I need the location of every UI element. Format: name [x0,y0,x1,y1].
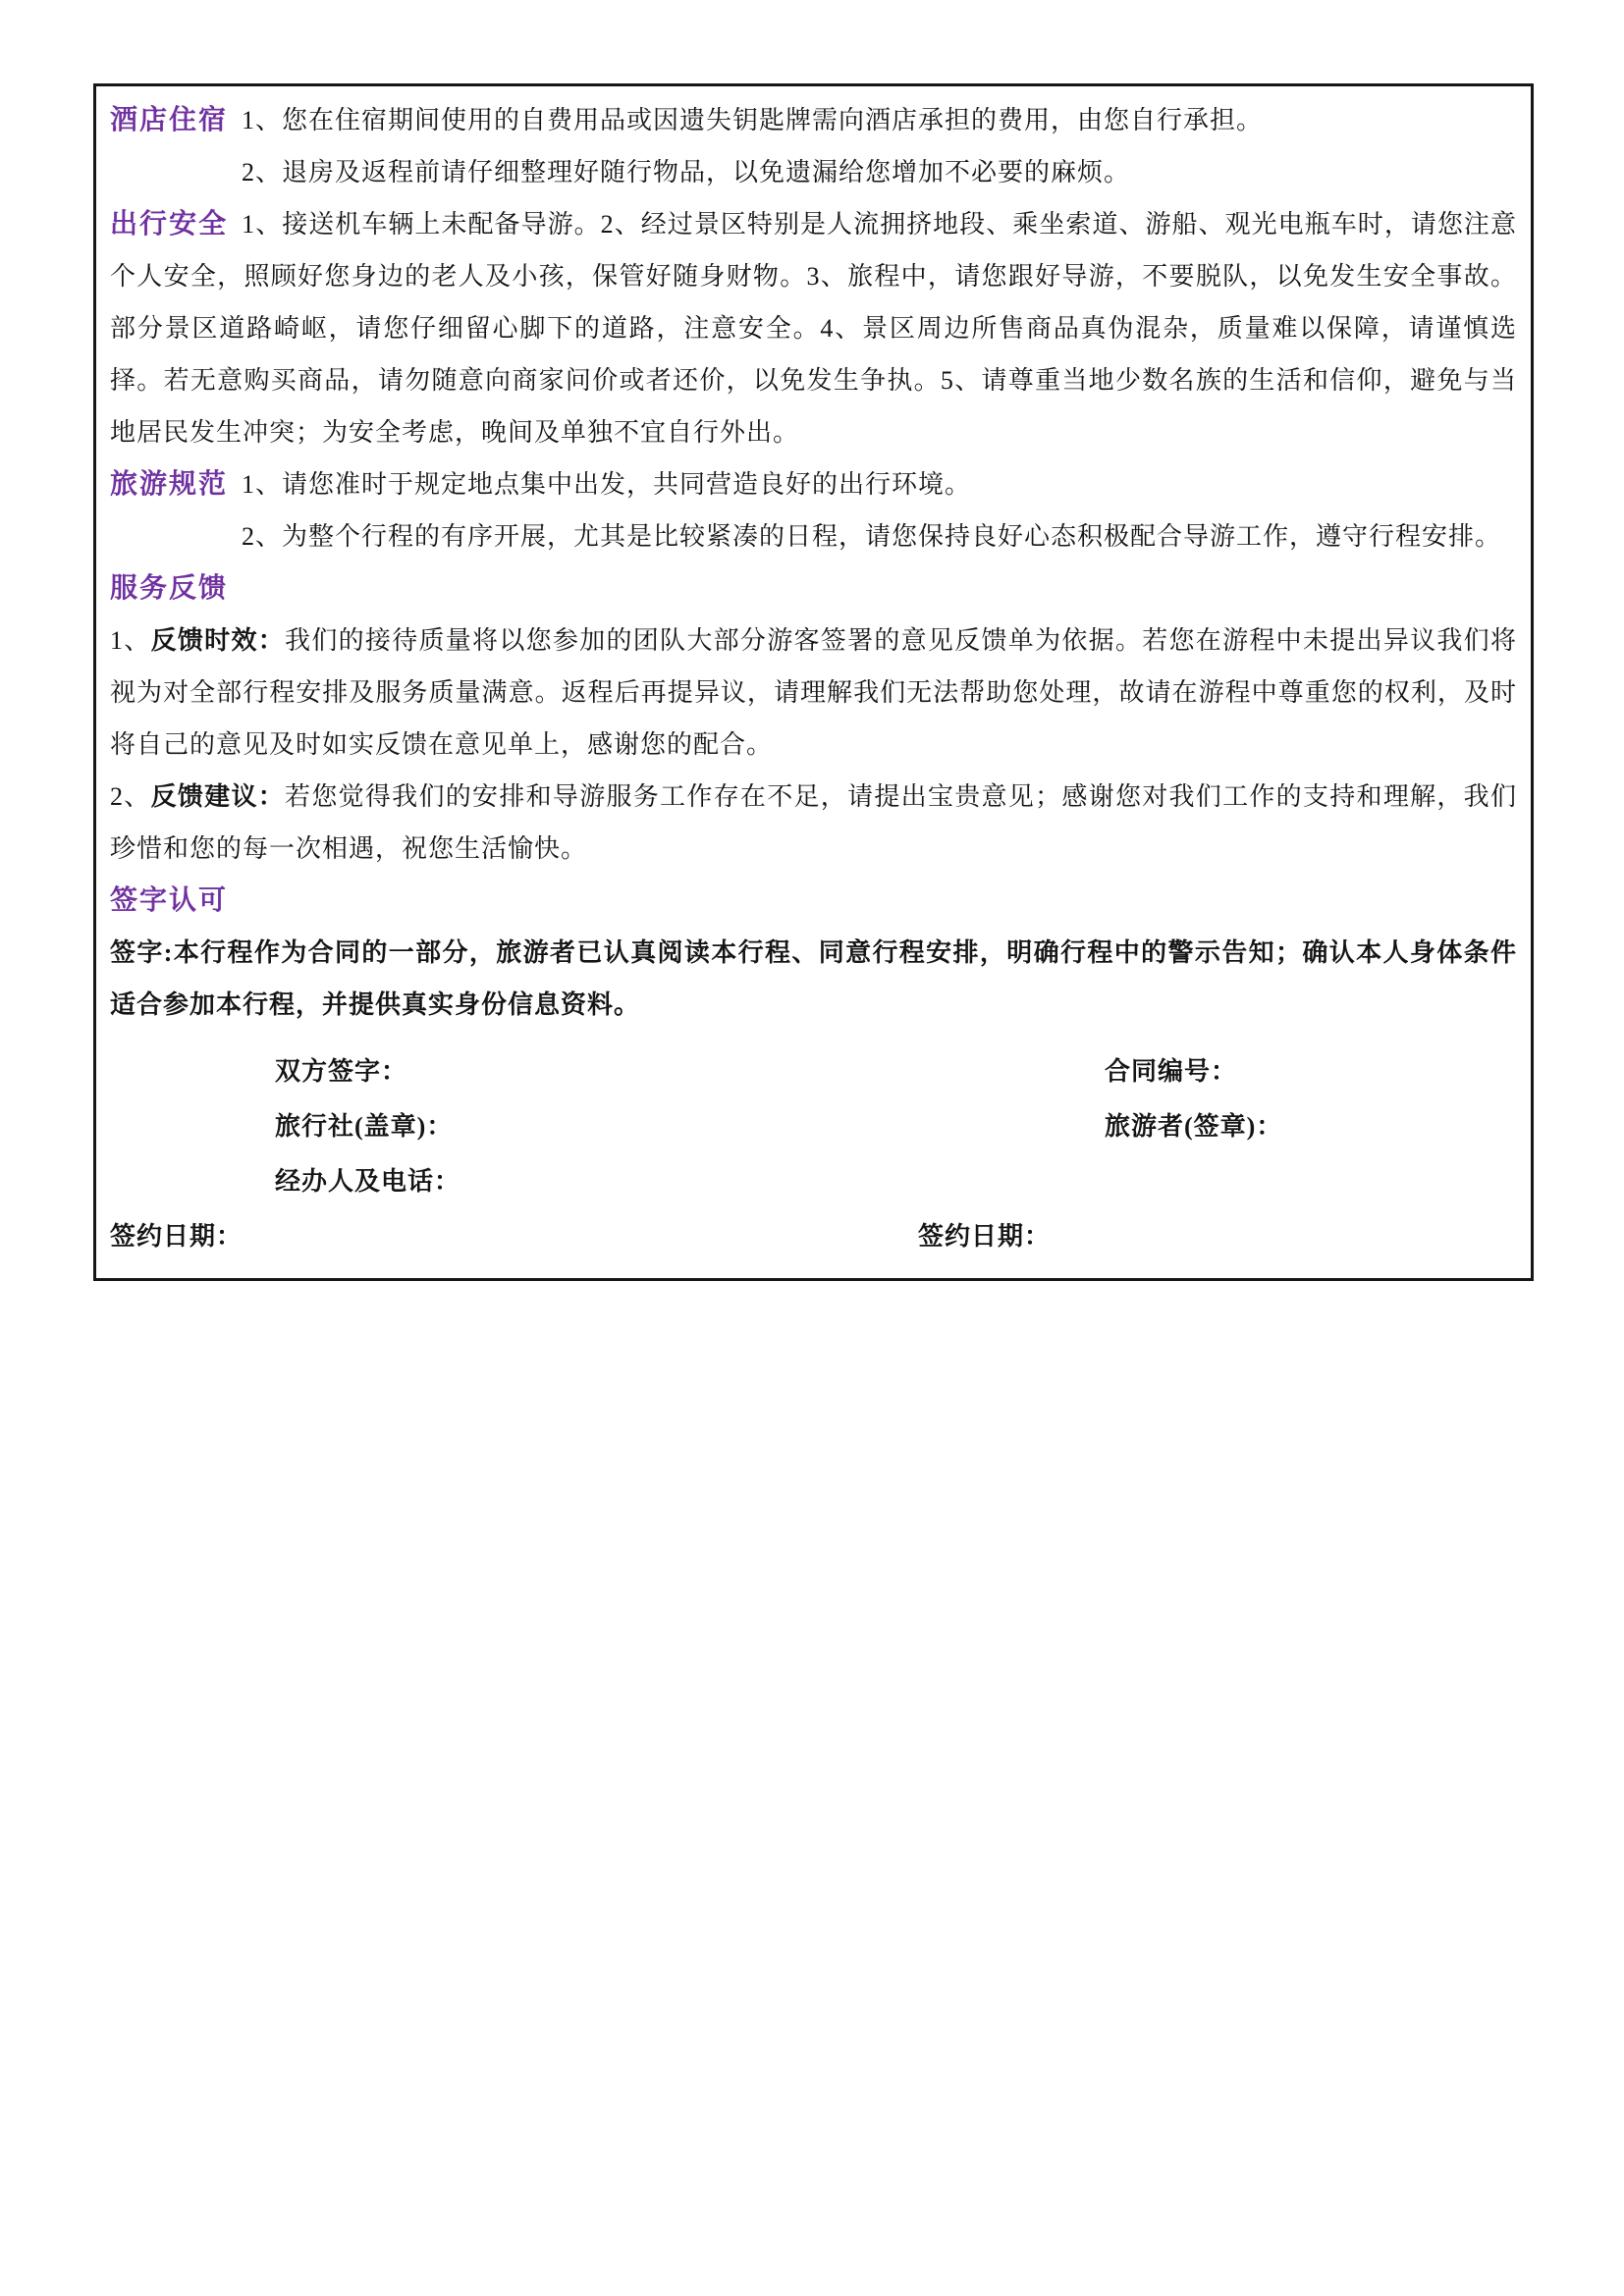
tourist-seal-label: 旅游者(签章)： [1105,1099,1282,1154]
sign-date-left-label: 签约日期： [110,1222,243,1251]
rules-item2: 2、为整个行程的有序开展，尤其是比较紧凑的日程，请您保持良好心态积极配合导游工作… [110,510,1517,562]
feedback-item2: 2、反馈建议：若您觉得我们的安排和导游服务工作存在不足，请提出宝贵意见；感谢您对… [110,771,1517,875]
feedback-heading: 服务反馈 [110,573,228,604]
rules-section-line: 旅游规范1、请您准时于规定地点集中出发，共同营造良好的出行环境。 [110,458,1517,510]
signature-row-seals: 旅行社(盖章)： 旅游者(签章)： [110,1099,1517,1154]
hotel-item1: 1、您在住宿期间使用的自费用品或因遗失钥匙牌需向酒店承担的费用，由您自行承担。 [242,106,1263,134]
both-sign-label: 双方签字： [275,1057,407,1086]
hotel-item2: 2、退房及返程前请仔细整理好随行物品，以免遗漏给您增加不必要的麻烦。 [110,146,1517,198]
feedback-item1: 1、反馈时效：我们的接待质量将以您参加的团队大部分游客签署的意见反馈单为依据。若… [110,614,1517,771]
feedback-item2-text: 若您觉得我们的安排和导游服务工作存在不足，请提出宝贵意见；感谢您对我们工作的支持… [110,782,1517,863]
sign-date-right-label: 签约日期： [918,1209,1051,1264]
hotel-section-line: 酒店住宿1、您在住宿期间使用的自费用品或因遗失钥匙牌需向酒店承担的费用，由您自行… [110,94,1517,146]
signature-row-both-sign: 双方签字： 合同编号： [110,1044,1517,1099]
itinerary-notice-box: 酒店住宿1、您在住宿期间使用的自费用品或因遗失钥匙牌需向酒店承担的费用，由您自行… [93,83,1534,1281]
agency-seal-label: 旅行社(盖章)： [275,1112,453,1141]
safety-heading: 出行安全 [110,209,228,240]
feedback-heading-line: 服务反馈 [110,562,1517,614]
feedback-item2-label: 反馈建议： [151,782,285,811]
handler-phone-label: 经办人及电话： [275,1167,460,1196]
rules-heading: 旅游规范 [110,469,228,500]
hotel-heading: 酒店住宿 [110,105,228,135]
safety-item1: 1、接送机车辆上未配备导游。2、经过景区特别是人流拥挤地段、乘坐索道、游船、观光… [110,210,1517,447]
document-page: 酒店住宿1、您在住宿期间使用的自费用品或因遗失钥匙牌需向酒店承担的费用，由您自行… [0,0,1624,2296]
feedback-item1-label: 反馈时效： [151,626,285,655]
safety-section-line: 出行安全1、接送机车辆上未配备导游。2、经过景区特别是人流拥挤地段、乘坐索道、游… [110,198,1517,458]
signature-heading-line: 签字认可 [110,875,1517,927]
rules-item1: 1、请您准时于规定地点集中出发，共同营造良好的出行环境。 [242,470,971,499]
signature-statement: 签字:本行程作为合同的一部分，旅游者已认真阅读本行程、同意行程安排，明确行程中的… [110,927,1517,1031]
feedback-item2-number: 2、 [110,782,151,811]
contract-number-label: 合同编号： [1105,1044,1237,1099]
feedback-item1-number: 1、 [110,626,151,655]
signature-row-handler: 经办人及电话： [110,1154,1517,1209]
feedback-item1-text: 我们的接待质量将以您参加的团队大部分游客签署的意见反馈单为依据。若您在游程中未提… [110,626,1517,759]
signature-row-dates: 签约日期： 签约日期： [110,1209,1517,1264]
signature-heading: 签字认可 [110,885,228,916]
